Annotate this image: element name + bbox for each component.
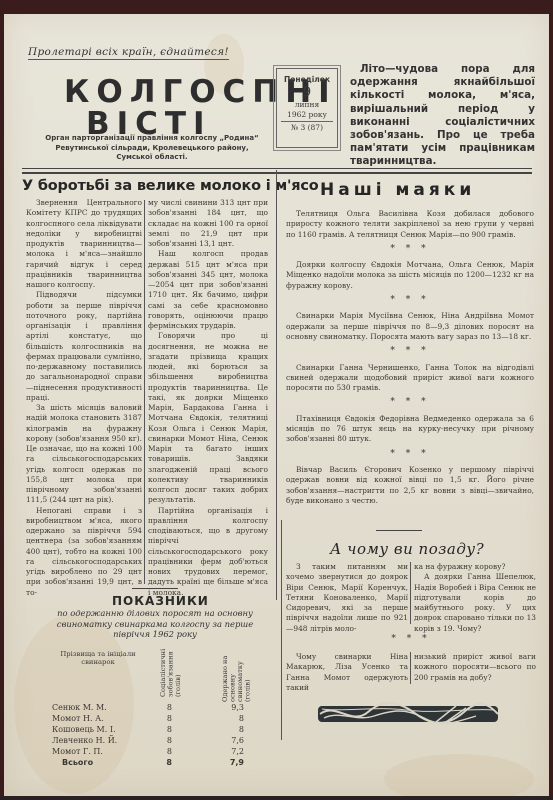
section-divider xyxy=(276,170,277,600)
separator-stars: * * * xyxy=(286,449,534,459)
lead-paragraph: Наш колгосп продав державі 515 цнт м'яса… xyxy=(148,249,268,331)
organ-line-1: Орган парторганізації правління колгоспу… xyxy=(24,134,280,144)
cell-obligation: 8 xyxy=(152,725,172,734)
separator-stars: * * * xyxy=(286,346,534,356)
cell-obligation: 8 xyxy=(152,758,172,767)
cell-obtained: 8 xyxy=(222,725,244,734)
lead-paragraph: Звернення Центрального Комітету КПРС до … xyxy=(26,198,142,290)
table-header-names: Прізвища та ініціали свинарок xyxy=(48,650,148,666)
cell-name: Момот Г. П. xyxy=(52,747,103,756)
mayaky-item: Птахівниця Євдокія Федорівна Ведмеденко … xyxy=(286,414,534,445)
separator-stars: * * * xyxy=(286,244,534,254)
pokaznyky-subtitle: по одержанню ділових поросят на основну … xyxy=(40,608,270,640)
section-divider-lower xyxy=(281,520,282,740)
newspaper-organ-line: Орган парторганізації правління колгоспу… xyxy=(24,134,280,163)
chomu-title: А чому ви позаду? xyxy=(330,540,484,558)
mayaky-item: Свинарки Марія Мусіївна Сенюк, Ніна Андр… xyxy=(286,311,534,342)
mayaky-item: Свинарки Ганна Чернишенко, Ганна Толок н… xyxy=(286,363,534,394)
separator-stars: * * * xyxy=(286,397,534,407)
organ-line-2: Ревутинської сільради, Кролевецького рай… xyxy=(24,144,280,154)
table-row: Левченко Н. Й.87,6 xyxy=(52,736,267,747)
column-divider xyxy=(410,562,411,624)
date-year: 1962 року xyxy=(277,110,337,120)
chomu-paragraph: А доярки Ганна Шепелюк, Надія Воробей і … xyxy=(414,572,536,634)
mayaky-list: Телятниця Ольга Василівна Козя добилася … xyxy=(286,209,534,506)
date-box: Понеділок 9 липня 1962 року № 3 (87) xyxy=(276,68,338,148)
cell-obligation: 8 xyxy=(152,703,172,712)
mayaky-item: Вівчар Василь Єгорович Козенко у першому… xyxy=(286,465,534,506)
table-total-row: Всього87,9 xyxy=(52,758,267,769)
cell-obtained: 7,2 xyxy=(222,747,244,756)
chomu-paragraph: З таким питанням ми хочемо звернутися до… xyxy=(286,562,408,634)
short-rule xyxy=(132,588,178,589)
front-slogan: Літо—чудова пора для одержання якнайбіль… xyxy=(350,63,535,169)
masthead-motto: Пролетарі всіх країн, єднайтеся! xyxy=(28,46,229,60)
cell-name: Момот Н. А. xyxy=(52,714,104,723)
table-row: Сенюк М. М.89,3 xyxy=(52,703,267,714)
cell-name: Всього xyxy=(62,758,93,767)
cell-obligation: 8 xyxy=(152,714,172,723)
lead-paragraph: Підводячи підсумки роботи за перше піврі… xyxy=(26,290,142,403)
table-row: Момот Н. А.88 xyxy=(52,714,267,725)
date-day: 9 xyxy=(277,85,337,100)
lead-paragraph: Непогані справи і з виробництвом м'яса, … xyxy=(26,506,142,598)
organ-line-3: Сумської області. xyxy=(24,153,280,163)
date-weekday: Понеділок xyxy=(277,75,337,85)
cell-name: Кошовець М. І. xyxy=(52,725,116,734)
table-header-obtained: Одержано на основну свиноматку (голів) xyxy=(222,648,260,702)
lead-paragraph: Партійна організація і правління колгосп… xyxy=(148,506,268,598)
chomu-paragraph: низький приріст живої ваги кожного порос… xyxy=(414,652,536,683)
separator-stars: * * * xyxy=(286,634,536,644)
cell-name: Сенюк М. М. xyxy=(52,703,107,712)
cell-obtained: 8 xyxy=(222,714,244,723)
chomu-col2b: низький приріст живої ваги кожного порос… xyxy=(414,652,536,683)
chomu-paragraph: Чому свинарки Ніна Макарюк, Ліза Усенко … xyxy=(286,652,408,693)
table-row: Момот Г. П.87,2 xyxy=(52,747,267,758)
cell-obtained: 7,6 xyxy=(222,736,244,745)
pokaznyky-title: ПОКАЗНИКИ xyxy=(112,594,209,608)
lead-paragraph: му числі свинини 313 цнт при зобов'язанн… xyxy=(148,198,268,249)
lead-paragraph: Говорячи про ці досягнення, не можна не … xyxy=(148,331,268,505)
chomu-paragraph: ка на фуражну корову? xyxy=(414,562,536,572)
column-divider xyxy=(410,652,411,684)
ornament-vine-icon xyxy=(316,700,500,728)
lead-article-headline: У боротьбі за велике молоко і м'ясо xyxy=(22,178,319,194)
short-rule xyxy=(376,530,422,531)
table-header-obligation: Соціалістичні зобов'язання (голів) xyxy=(160,645,194,697)
mayaky-item: Доярки колгоспу Євдокія Мотчана, Ольга С… xyxy=(286,260,534,291)
cell-name: Левченко Н. Й. xyxy=(52,736,117,745)
chomu-col1: З таким питанням ми хочемо звернутися до… xyxy=(286,562,408,634)
cell-obtained: 9,3 xyxy=(222,703,244,712)
mayaky-item: Телятниця Ольга Василівна Козя добилася … xyxy=(286,209,534,240)
cell-obtained: 7,9 xyxy=(222,758,244,767)
column-divider xyxy=(144,200,145,584)
masthead-divider xyxy=(22,168,532,174)
cell-obligation: 8 xyxy=(152,736,172,745)
table-row: Кошовець М. І.88 xyxy=(52,725,267,736)
lead-article-col2: му числі свинини 313 цнт при зобов'язанн… xyxy=(148,198,268,598)
separator-stars: * * * xyxy=(286,295,534,305)
date-month: липня xyxy=(277,100,337,110)
page-edge xyxy=(0,796,553,800)
chomu-col2: ка на фуражну корову? А доярки Ганна Шеп… xyxy=(414,562,536,634)
lead-article-col1: Звернення Центрального Комітету КПРС до … xyxy=(26,198,142,598)
chomu-col1b: Чому свинарки Ніна Макарюк, Ліза Усенко … xyxy=(286,652,408,693)
cell-obligation: 8 xyxy=(152,747,172,756)
issue-number: № 3 (87) xyxy=(281,121,333,133)
mayaky-title: Наші маяки xyxy=(320,180,475,200)
lead-paragraph: За шість місяців валовий надій молока ст… xyxy=(26,403,142,506)
